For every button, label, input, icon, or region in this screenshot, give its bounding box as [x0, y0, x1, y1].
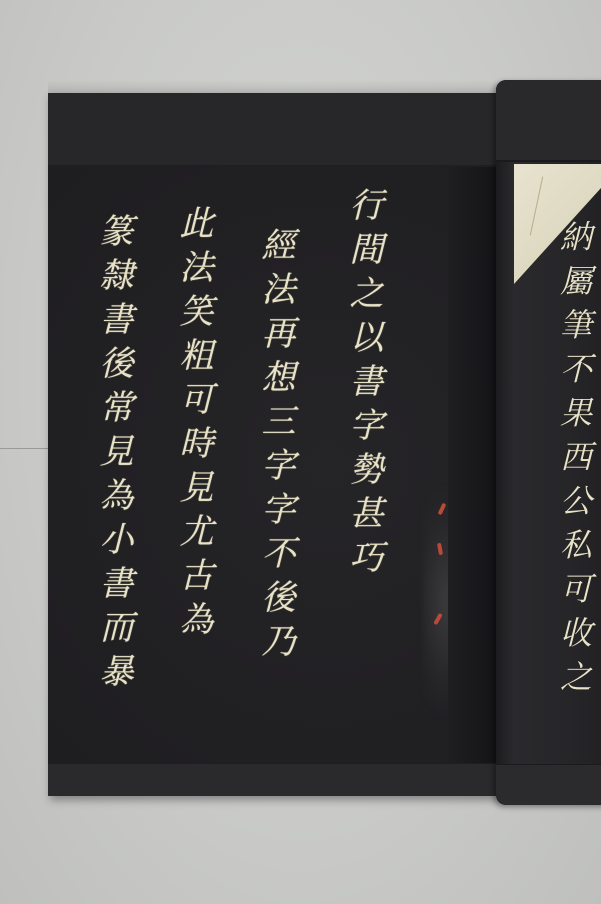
background-crease — [0, 448, 50, 449]
page-top-margin — [48, 93, 500, 165]
roll-top-margin — [496, 80, 601, 160]
calligraphy-column: 篆隸書後常見為小書而暴 — [98, 213, 138, 697]
book-shadow — [48, 80, 508, 94]
rubbing-panel: 行間之以書字勢甚巧 經法再想三字字不後乃 此法笑粗可時見尤古為 篆隸書後常見為小… — [48, 167, 448, 763]
page-bottom-margin — [48, 763, 500, 796]
calligraphy-column: 行間之以書字勢甚巧 — [348, 187, 388, 583]
calligraphy-album-page: 行間之以書字勢甚巧 經法再想三字字不後乃 此法笑粗可時見尤古為 篆隸書後常見為小… — [48, 93, 500, 796]
rolled-album-section: 納屬筆不果西公私可收之 — [496, 80, 601, 805]
calligraphy-column: 此法笑粗可時見尤古為 — [178, 205, 218, 645]
calligraphy-column: 經法再想三字字不後乃 — [260, 227, 300, 667]
calligraphy-column: 納屬筆不果西公私可收之 — [554, 220, 598, 704]
roll-bottom-margin — [496, 764, 601, 805]
roll-top-border — [496, 160, 601, 162]
page-gutter — [448, 167, 500, 763]
